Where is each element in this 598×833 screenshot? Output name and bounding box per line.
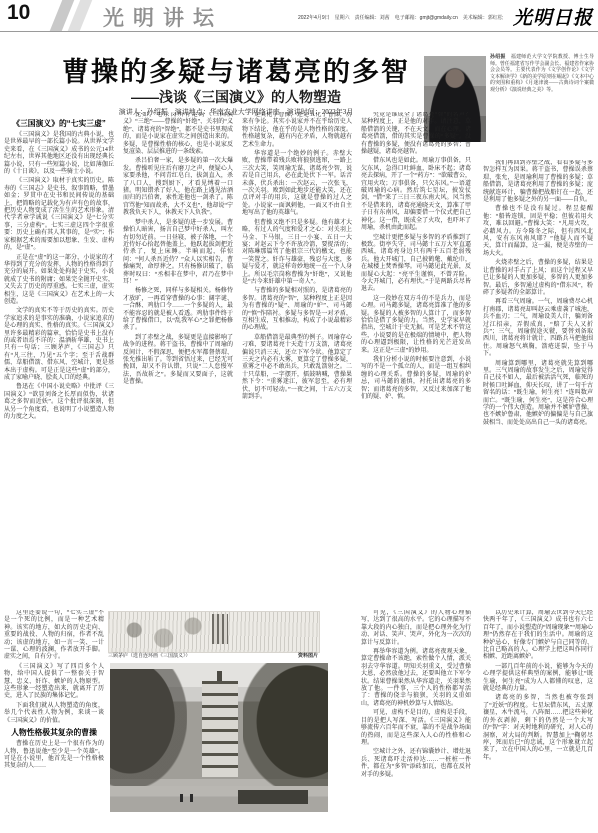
author-bio-text: 福建师范大学文学院教授、博士生导师。曾任福建省写作学会副会长、福建省作家协会会员… <box>490 55 594 93</box>
temple-pagoda-photo <box>110 663 328 812</box>
photo-hedge <box>238 790 308 804</box>
page-number: 10 <box>7 1 30 25</box>
photo-pedestrian-2 <box>190 794 193 802</box>
photo-tree-left <box>110 669 187 789</box>
column-3: 是美化了曹操，还是丑化了曹操，历来有争论。其实小说家并不在乎给历史人物下结论，他… <box>242 112 352 606</box>
bottom-column-4: 可见，《三国演义》的人物心理描写，达到了很高的水平。它的心理描写不靠大段的内心独… <box>361 610 471 833</box>
column-2: 比如，毛宗岗所肯定的《三国演义》“三绝”——曹操的“奸绝”、关羽的“义绝”、诸葛… <box>123 112 233 606</box>
photo-tree-right <box>243 663 328 793</box>
column-4: 究竟是谁成全了诸葛亮“智”的名声？某种程度上，正是他的对手。请注意，草船借箭的关… <box>361 112 471 606</box>
subheading-complex-caocao: 人物性格极其复杂的曹操 <box>4 728 104 737</box>
subheading-seven-real-three-fiction: 《三国演义》的“七实三虚” <box>4 119 114 128</box>
bottom-left-text-after: 曹操在历史上是一个很有作为的人物，鲁迅说他“至少是一个英雄”。可是在小说里，他首… <box>4 741 104 771</box>
illustration-lattice-detail <box>212 614 228 644</box>
masthead-logo: 光明日报 <box>513 3 593 30</box>
bottom-column-5: 以历史来计算，周瑜去世到今天已经快两千年了，《三国演义》成书也有六七百年了，而小… <box>483 610 593 833</box>
section-title: 光明讲坛 <box>103 2 223 32</box>
column-2-text: 比如，毛宗岗所肯定的《三国演义》“三绝”——曹操的“奸绝”、关羽的“义绝”、诸葛… <box>123 112 233 387</box>
author-name: 孙绍振 <box>490 55 506 60</box>
newspaper-page: 10 光明讲坛 2022年4月9日 星期六 责任编辑：刘茜 电子邮箱：gmjt@… <box>0 0 598 833</box>
column-1: 《三国演义》的“七实三虚” 《三国演义》是我国的古典小说，也是世界最早的一部长篇… <box>4 116 114 606</box>
bottom-left-text-before: 这里还要说一句，“七实三虚”不是一个死的比例，而是一种艺术精神。该实的地方，如大… <box>4 610 104 725</box>
illustration-caption-row: 三顾茅庐（选自连环画《三国演义》） 资料图片 <box>108 652 318 659</box>
photo-pagoda <box>202 681 238 777</box>
column-5: 我们再回到赤壁之战，看看多疑与多智怎样互为因果。蒋干盗书，曹操误杀蔡瑁、张允，是… <box>483 160 593 606</box>
bottom-column-4-text: 可见，《三国演义》的人物心理描写，达到了很高的水平。它的心理描写不靠大段的内心独… <box>361 610 471 779</box>
column-3-text: 是美化了曹操，还是丑化了曹操，历来有争论。其实小说家并不在乎给历史人物下结论，他… <box>242 112 352 401</box>
photo-credit: 资料图片 <box>298 652 318 659</box>
bottom-column-5-text: 以历史来计算，周瑜去世到今天已经快两千年了，《三国演义》成书也有六七百年了，而小… <box>483 610 593 762</box>
photo-pedestrian-1 <box>180 794 183 802</box>
illustration-caption: 三顾茅庐（选自连环画《三国演义》） <box>108 652 191 659</box>
column-4-text: 究竟是谁成全了诸葛亮“智”的名声？某种程度上，正是他的对手。请注意，草船借箭的关… <box>361 112 471 401</box>
bottom-left-column: 这里还要说一句，“七实三虚”不是一个死的比例，而是一种艺术精神。该实的地方，如大… <box>4 610 104 833</box>
column-5-text: 我们再回到赤壁之战，看看多疑与多智怎样互为因果。蒋干盗书，曹操误杀蔡瑁、张允，是… <box>483 160 593 427</box>
column-1-text: 《三国演义》是我国的古典小说，也是世界最早的一部长篇小说。从世界文学史来看，在《… <box>4 132 114 421</box>
article-subtitle: ——浅谈《三国演义》的人物塑造 <box>0 87 472 107</box>
header-rule <box>0 31 598 32</box>
article-title: 曹操的多疑与诸葛亮的多智 <box>0 50 472 89</box>
